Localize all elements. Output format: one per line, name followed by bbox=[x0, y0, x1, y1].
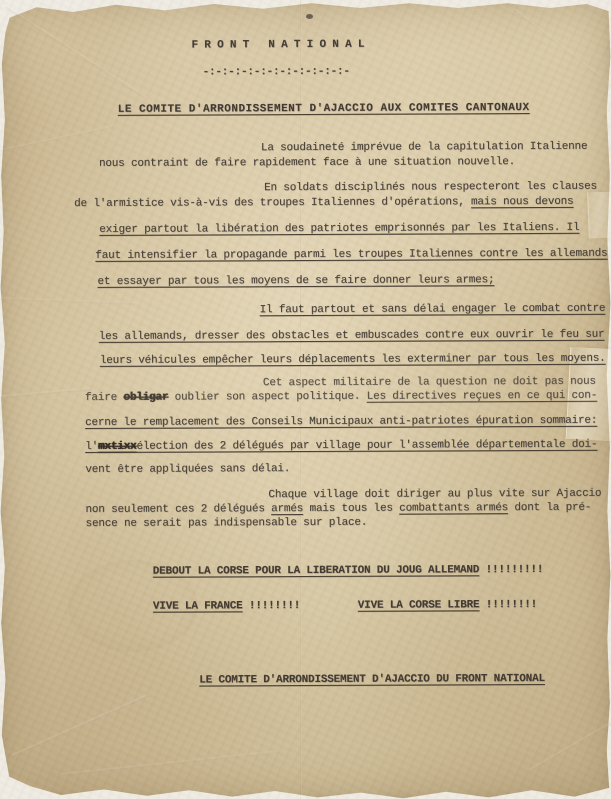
text-segment: armés bbox=[271, 503, 303, 515]
text-segment: leurs véhicules empêcher leurs déplaceme… bbox=[100, 353, 606, 367]
text-segment: Cet aspect militaire de la question ne d… bbox=[263, 376, 596, 389]
text-segment: oublier son aspect politique. bbox=[168, 391, 366, 404]
doc-line: En soldats disciplinés nous respecteront… bbox=[264, 181, 597, 194]
document-heading: LE COMITE D'ARRONDISSEMENT D'AJACCIO AUX… bbox=[118, 102, 530, 116]
text-segment: DEBOUT LA CORSE POUR LA LIBERATION DU JO… bbox=[153, 564, 480, 577]
scanned-document-photo: F R O N T N A T I O N A L -:-:-:-:-:-:-:… bbox=[0, 0, 611, 799]
text-segment: élection des 2 délégués par village pour… bbox=[136, 439, 597, 453]
doc-line: nous contraint de faire rapidement face … bbox=[99, 156, 515, 170]
doc-line: sence ne serait pas indispensable sur pl… bbox=[86, 517, 368, 530]
text-segment bbox=[300, 600, 358, 612]
text-segment: combattants armés bbox=[399, 502, 508, 514]
text-segment: VIVE LA CORSE LIBRE bbox=[358, 599, 480, 612]
doc-line: DEBOUT LA CORSE POUR LA LIBERATION DU JO… bbox=[153, 564, 544, 578]
doc-line: et essayer par tous les moyens de se fai… bbox=[97, 274, 494, 288]
text-segment: obligar bbox=[123, 392, 168, 404]
text-segment: vent être appliquées sans délai. bbox=[85, 463, 290, 476]
text-segment: mais tous les bbox=[303, 503, 399, 515]
text-segment: exiger partout la libération des patriot… bbox=[99, 222, 579, 236]
signature-line: LE COMITE D'ARRONDISSEMENT D'AJACCIO DU … bbox=[199, 673, 545, 687]
text-segment: faire bbox=[85, 392, 123, 404]
text-segment: VIVE LA FRANCE bbox=[153, 600, 243, 612]
doc-line: Il faut partout et sans délai engager le… bbox=[260, 303, 606, 317]
title-separator: -:-:-:-:-:-:-:-:-:-:-:- bbox=[203, 66, 350, 79]
text-segment: La soudaineté imprévue de la capitulatio… bbox=[261, 141, 588, 154]
doc-line: exiger partout la libération des patriot… bbox=[99, 222, 579, 236]
text-segment: l' bbox=[85, 441, 98, 453]
doc-line: les allemands, dresser des obstacles et … bbox=[99, 329, 605, 343]
text-segment: !!!!!!!!! bbox=[479, 564, 543, 576]
text-segment: faut intensifier la propagande parmi les… bbox=[95, 248, 607, 262]
doc-line: de l'armistice vis-à-vis des troupes Ita… bbox=[74, 196, 573, 210]
text-segment: Il faut partout et sans délai engager le… bbox=[260, 303, 606, 317]
text-segment: nous contraint de faire rapidement face … bbox=[99, 156, 515, 170]
doc-line: Cet aspect militaire de la question ne d… bbox=[263, 376, 596, 389]
text-segment: mais nous devons bbox=[471, 196, 573, 208]
doc-line: l'mxtixxélection des 2 délégués par vill… bbox=[85, 439, 597, 453]
text-segment: les allemands, dresser des obstacles et … bbox=[99, 329, 605, 343]
text-segment: cerne le remplacement des Conseils Munic… bbox=[85, 415, 597, 429]
doc-line: La soudaineté imprévue de la capitulatio… bbox=[261, 141, 588, 154]
doc-line: Chaque village doit diriger au plus vite… bbox=[268, 488, 601, 501]
doc-line: vent être appliquées sans délai. bbox=[85, 463, 290, 476]
text-segment: !!!!!!!! bbox=[243, 600, 301, 612]
document-title: F R O N T N A T I O N A L bbox=[191, 39, 364, 52]
text-segment: dont la pré- bbox=[508, 502, 591, 514]
text-segment: de l'armistice vis-à-vis des troupes Ita… bbox=[74, 196, 471, 210]
text-segment: Les directives reçues en ce qui con- bbox=[367, 390, 598, 403]
text-segment: et essayer par tous les moyens de se fai… bbox=[97, 274, 494, 288]
doc-line: leurs véhicules empêcher leurs déplaceme… bbox=[100, 353, 606, 367]
typewritten-lines: F R O N T N A T I O N A L -:-:-:-:-:-:-:… bbox=[0, 0, 611, 799]
doc-line: non seulement ces 2 délégués armés mais … bbox=[85, 502, 591, 516]
doc-line: faire obligar oublier son aspect politiq… bbox=[85, 390, 597, 404]
doc-line: faut intensifier la propagande parmi les… bbox=[95, 248, 607, 262]
doc-line: cerne le remplacement des Conseils Munic… bbox=[85, 415, 597, 429]
text-segment: mxtixx bbox=[98, 441, 136, 453]
text-segment: non seulement ces 2 délégués bbox=[85, 503, 271, 516]
text-segment: En soldats disciplinés nous respecteront… bbox=[264, 181, 597, 194]
text-segment: Chaque village doit diriger au plus vite… bbox=[268, 488, 601, 501]
doc-line: VIVE LA FRANCE !!!!!!!! VIVE LA CORSE LI… bbox=[153, 599, 537, 613]
text-segment: sence ne serait pas indispensable sur pl… bbox=[86, 517, 368, 530]
text-segment: !!!!!!!! bbox=[479, 599, 537, 611]
